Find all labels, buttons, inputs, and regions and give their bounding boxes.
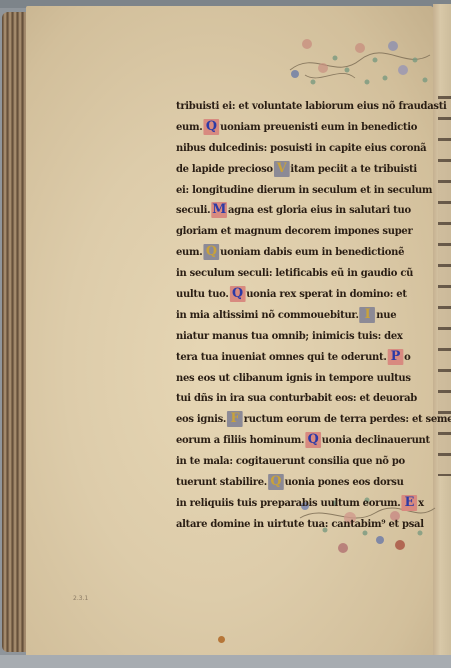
manuscript-text-block: tribuisti ei: et voluntate labiorum eius… — [176, 96, 422, 535]
line-text: o — [404, 351, 410, 363]
text-line: tuerunt stabilire.Quonia pones eos dorsu — [176, 472, 417, 493]
line-text: in te mala: cogitauerunt consilia que nõ… — [176, 455, 405, 467]
line-text: x — [418, 497, 424, 509]
blue-initial: Q — [305, 432, 321, 448]
top-floral-border — [285, 30, 435, 90]
line-text: tui dñs in ira sua conturbabit eos: et d… — [176, 392, 417, 404]
gold-initial: Q — [268, 474, 284, 490]
line-text: itam peciit a te tribuisti — [290, 163, 416, 175]
folio-mark: 2.3.1 — [73, 595, 88, 602]
line-text: tera tua inueniat omnes qui te oderunt. — [176, 351, 387, 363]
bottom-background-band — [0, 655, 451, 668]
scan-background: tribuisti ei: et voluntate labiorum eius… — [0, 0, 451, 668]
text-line: gloriam et magnum decorem impones super — [176, 221, 417, 242]
line-text: uultu tuo. — [176, 288, 229, 300]
line-text: agna est gloria eius in salutari tuo — [228, 204, 411, 216]
text-line: uultu tuo.Quonia rex sperat in domino: e… — [176, 284, 417, 305]
line-text: in mia altissimi nõ commouebitur. — [176, 309, 359, 321]
gold-initial: V — [274, 161, 290, 177]
text-line: in reliquiis tuis preparabis uultum eoru… — [176, 493, 417, 514]
line-text: eorum a filiis hominum. — [176, 434, 304, 446]
line-text: ructum eorum de terra perdes: et seme — [244, 413, 451, 425]
line-text: eum. — [176, 246, 202, 258]
text-line: ei: longitudine dierum in seculum et in … — [176, 180, 417, 201]
blue-initial: E — [401, 495, 417, 511]
line-text: tribuisti ei: et voluntate labiorum eius… — [176, 100, 447, 112]
line-text: uonia declinauerunt — [322, 434, 430, 446]
gold-initial: I — [360, 307, 376, 323]
line-text: niatur manus tua omnib; inimicis tuis: d… — [176, 330, 403, 342]
line-text: in reliquiis tuis preparabis uultum eoru… — [176, 497, 400, 509]
line-text: ei: longitudine dierum in seculum et in … — [176, 184, 432, 196]
text-line: tribuisti ei: et voluntate labiorum eius… — [176, 96, 417, 117]
text-line: eorum a filiis hominum.Quonia declinauer… — [176, 430, 417, 451]
line-text: uoniam preuenisti eum in benedictio — [220, 121, 417, 133]
text-line: in seculum seculi: letificabis eũ in gau… — [176, 263, 417, 284]
line-text: nes eos ut clibanum ignis in tempore uul… — [176, 372, 411, 384]
line-text: uonia rex sperat in domino: et — [246, 288, 406, 300]
text-line: eos ignis.Fructum eorum de terra perdes:… — [176, 409, 417, 430]
text-line: seculi.Magna est gloria eius in salutari… — [176, 200, 417, 221]
text-line: in te mala: cogitauerunt consilia que nõ… — [176, 451, 417, 472]
line-text: altare domine in uirtute tua: cantabim⁹ … — [176, 518, 424, 530]
text-line: nibus dulcedinis: posuisti in capite eiu… — [176, 138, 417, 159]
text-line: altare domine in uirtute tua: cantabim⁹ … — [176, 514, 417, 535]
line-text: de lapide precioso — [176, 163, 273, 175]
line-text: eum. — [176, 121, 202, 133]
line-text: nibus dulcedinis: posuisti in capite eiu… — [176, 142, 426, 154]
text-line: eum.Quoniam preuenisti eum in benedictio — [176, 117, 417, 138]
line-text: in seculum seculi: letificabis eũ in gau… — [176, 267, 413, 279]
gold-initial: Q — [203, 244, 219, 260]
text-line: niatur manus tua omnib; inimicis tuis: d… — [176, 326, 417, 347]
gold-initial: F — [227, 411, 243, 427]
line-text: uoniam dabis eum in benedictionẽ — [220, 246, 404, 258]
text-line: tui dñs in ira sua conturbabit eos: et d… — [176, 388, 417, 409]
line-text: eos ignis. — [176, 413, 226, 425]
blue-initial: Q — [203, 119, 219, 135]
text-line: nes eos ut clibanum ignis in tempore uul… — [176, 368, 417, 389]
parchment-stain — [218, 636, 225, 643]
line-text: nue — [376, 309, 396, 321]
line-text: seculi. — [176, 204, 210, 216]
blue-initial: P — [388, 349, 404, 365]
text-line: de lapide preciosoVitam peciit a te trib… — [176, 159, 417, 180]
line-text: uonia pones eos dorsu — [285, 476, 404, 488]
line-text: gloriam et magnum decorem impones super — [176, 225, 412, 237]
text-line: tera tua inueniat omnes qui te oderunt.P… — [176, 347, 417, 368]
text-line: in mia altissimi nõ commouebitur.Inue — [176, 305, 417, 326]
blue-initial: Q — [230, 286, 246, 302]
text-line: eum.Quoniam dabis eum in benedictionẽ — [176, 242, 417, 263]
line-text: tuerunt stabilire. — [176, 476, 267, 488]
blue-initial: M — [211, 202, 227, 218]
